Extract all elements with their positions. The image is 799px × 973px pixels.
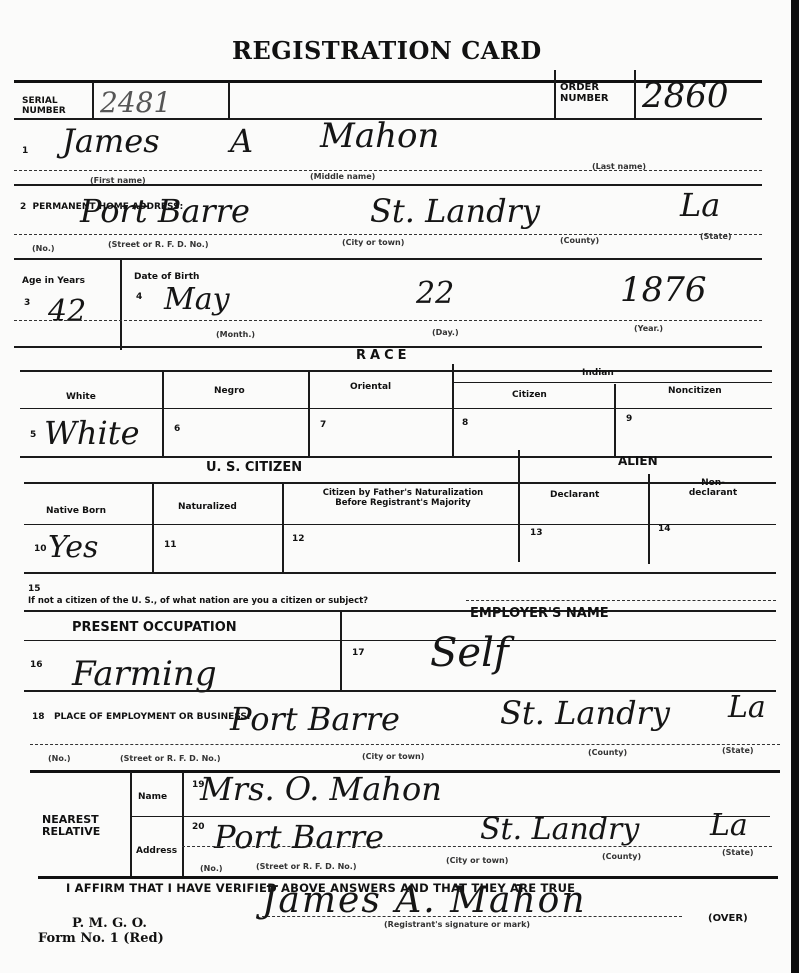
- field-number-17: 17: [352, 648, 365, 658]
- row-divider: [454, 382, 772, 383]
- row-divider: [20, 456, 772, 458]
- nondeclarant-label: Non- declarant: [658, 478, 768, 498]
- relative-county-value: St. Landry: [480, 812, 639, 847]
- employment-county-value: St. Landry: [500, 694, 670, 732]
- nondeclarant-line1: Non-: [658, 478, 768, 488]
- divider: [554, 70, 556, 118]
- field-number-3: 3: [24, 298, 30, 308]
- employer-value: Self: [430, 630, 509, 676]
- field-number-16: 16: [30, 660, 43, 670]
- field-number-2: 2: [20, 202, 26, 212]
- caption-street: (Street or R. F. D. No.): [120, 754, 220, 763]
- middle-name-caption: (Middle name): [310, 172, 375, 181]
- card-title: REGISTRATION CARD: [232, 36, 542, 65]
- race-white-value: White: [44, 414, 140, 452]
- birth-month-value: May: [164, 282, 230, 317]
- divider: [162, 372, 164, 456]
- dob-label: Date of Birth: [134, 272, 199, 282]
- place-of-employment-label-text: PLACE OF EMPLOYMENT OR BUSINESS:: [54, 712, 251, 722]
- nearest-relative-line2: RELATIVE: [42, 826, 100, 838]
- row-divider: [20, 370, 772, 372]
- dotted-line: [182, 846, 772, 847]
- form-id-line2: Form No. 1 (Red): [38, 931, 164, 946]
- signature-caption: (Registrant's signature or mark): [384, 920, 530, 929]
- divider: [634, 70, 636, 118]
- race-negro-label: Negro: [214, 386, 245, 396]
- scan-edge: [791, 0, 799, 973]
- field-number-6: 6: [174, 424, 180, 434]
- divider: [228, 82, 230, 118]
- caption-year: (Year.): [634, 324, 663, 333]
- dotted-line: [14, 320, 762, 321]
- caption-street: (Street or R. F. D. No.): [256, 862, 356, 871]
- relative-state-value: La: [710, 808, 748, 843]
- race-indian-citizen-label: Citizen: [512, 390, 547, 400]
- divider: [308, 372, 310, 456]
- caption-state: (State): [722, 848, 754, 857]
- caption-city: (City or town): [362, 752, 424, 761]
- row-divider: [38, 876, 778, 879]
- caption-county: (County): [602, 852, 641, 861]
- alien-heading: ALIEN: [618, 454, 658, 468]
- dotted-line: [262, 916, 682, 917]
- field-number-14: 14: [658, 524, 671, 534]
- serial-number-value: 2481: [100, 86, 171, 119]
- field-number-4: 4: [136, 292, 142, 302]
- caption-no: (No.): [200, 864, 223, 873]
- order-label-line1: ORDER: [560, 82, 609, 93]
- middle-name-value: A: [230, 122, 253, 160]
- citizen-by-father-label: Citizen by Father's Naturalization Befor…: [296, 488, 510, 508]
- race-heading: RACE: [356, 348, 411, 363]
- caption-no: (No.): [32, 244, 55, 253]
- relative-address-label: Address: [136, 846, 177, 856]
- serial-label-line1: SERIAL: [22, 96, 66, 106]
- home-street-value: Port Barre: [80, 192, 250, 230]
- caption-county: (County): [588, 748, 627, 757]
- field-number-20: 20: [192, 822, 205, 832]
- divider: [152, 484, 154, 574]
- native-born-label: Native Born: [46, 506, 106, 516]
- home-county-value: St. Landry: [370, 192, 540, 230]
- field-number-9: 9: [626, 414, 632, 424]
- relative-street-value: Port Barre: [214, 818, 384, 856]
- field-number-18: 18: [32, 712, 45, 722]
- race-white-label: White: [66, 392, 96, 402]
- divider: [518, 450, 520, 562]
- caption-county: (County): [560, 236, 599, 245]
- citizen-by-father-line2: Before Registrant's Majority: [296, 498, 510, 508]
- row-divider: [20, 408, 772, 409]
- over-label: (OVER): [708, 914, 748, 924]
- birth-day-value: 22: [416, 276, 454, 311]
- caption-street: (Street or R. F. D. No.): [108, 240, 208, 249]
- caption-no: (No.): [48, 754, 71, 763]
- home-state-value: La: [680, 186, 720, 224]
- divider: [130, 772, 132, 876]
- last-name-value: Mahon: [320, 116, 439, 156]
- employment-street-value: Port Barre: [230, 700, 400, 738]
- field-number-5: 5: [30, 430, 36, 440]
- native-born-value: Yes: [48, 530, 98, 565]
- row-divider: [24, 640, 776, 641]
- employer-heading: EMPLOYER'S NAME: [470, 606, 609, 621]
- declarant-label: Declarant: [550, 490, 599, 500]
- order-number-value: 2860: [642, 76, 729, 116]
- naturalized-label: Naturalized: [178, 502, 237, 512]
- place-of-employment-label: 18 PLACE OF EMPLOYMENT OR BUSINESS:: [32, 712, 250, 722]
- citizen-by-father-line1: Citizen by Father's Naturalization: [296, 488, 510, 498]
- field-number-8: 8: [462, 418, 468, 428]
- occupation-value: Farming: [72, 654, 217, 694]
- divider: [92, 82, 94, 118]
- order-label-line2: NUMBER: [560, 93, 609, 104]
- relative-name-label: Name: [138, 792, 167, 802]
- form-id: P. M. G. O. Form No. 1 (Red): [72, 916, 164, 946]
- field-number-13: 13: [530, 528, 543, 538]
- field-number-11: 11: [164, 540, 177, 550]
- nearest-relative-label: NEAREST RELATIVE: [42, 814, 100, 838]
- caption-city: (City or town): [342, 238, 404, 247]
- dotted-line: [30, 744, 780, 745]
- caption-month: (Month.): [216, 330, 255, 339]
- field-number-12: 12: [292, 534, 305, 544]
- divider: [120, 260, 122, 350]
- serial-label: SERIAL NUMBER: [22, 96, 66, 116]
- row-divider: [14, 258, 762, 260]
- serial-label-line2: NUMBER: [22, 106, 66, 116]
- row-divider: [14, 184, 762, 186]
- nondeclarant-line2: declarant: [658, 488, 768, 498]
- divider: [282, 484, 284, 572]
- caption-state: (State): [722, 746, 754, 755]
- occupation-heading: PRESENT OCCUPATION: [72, 620, 237, 635]
- caption-city: (City or town): [446, 856, 508, 865]
- indian-heading: Indian: [582, 368, 614, 378]
- divider: [648, 474, 650, 564]
- row-divider: [24, 690, 776, 692]
- caption-state: (State): [700, 232, 732, 241]
- dotted-line: [14, 170, 762, 171]
- row-divider: [24, 610, 776, 612]
- us-citizen-heading: U. S. CITIZEN: [206, 460, 302, 475]
- birth-year-value: 1876: [620, 270, 707, 310]
- dotted-line: [14, 234, 762, 235]
- divider: [182, 772, 184, 876]
- first-name-value: James: [62, 122, 160, 160]
- row-divider: [130, 816, 770, 817]
- caption-day: (Day.): [432, 328, 459, 337]
- divider: [614, 384, 616, 456]
- race-indian-noncitizen-label: Noncitizen: [668, 386, 722, 396]
- divider: [452, 364, 454, 456]
- field-number-7: 7: [320, 420, 326, 430]
- age-value: 42: [48, 294, 86, 329]
- field-number-10: 10: [34, 544, 47, 554]
- employment-state-value: La: [728, 690, 766, 725]
- row-divider: [24, 572, 776, 574]
- field-number-15: 15: [28, 584, 41, 594]
- nationality-question: If not a citizen of the U. S., of what n…: [28, 596, 368, 606]
- last-name-caption: (Last name): [592, 162, 646, 171]
- dotted-line: [466, 600, 776, 601]
- registrant-signature: James A. Mahon: [262, 880, 587, 921]
- form-id-line1: P. M. G. O.: [72, 916, 164, 931]
- divider: [340, 612, 342, 690]
- age-label: Age in Years: [22, 276, 85, 286]
- field-number-1: 1: [22, 146, 28, 156]
- relative-name-value: Mrs. O. Mahon: [200, 770, 442, 808]
- order-label: ORDER NUMBER: [560, 82, 609, 104]
- race-oriental-label: Oriental: [350, 382, 391, 392]
